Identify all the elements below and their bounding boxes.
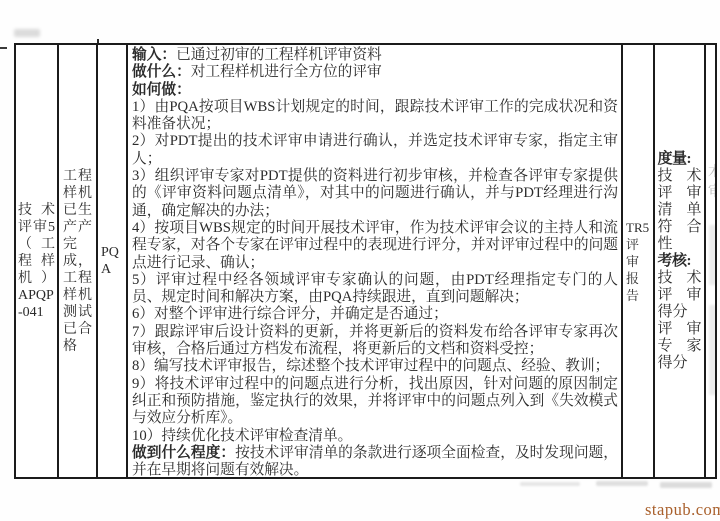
measure-text: 技术评审清单符合性 xyxy=(658,168,702,253)
step-item: 10）持续优化技术评审检查清单。 xyxy=(132,428,618,445)
input-text: 已通过初审的工程样机评审资料 xyxy=(176,47,382,63)
ghost-smudge xyxy=(14,29,40,37)
edge-fragment-char: 术 xyxy=(708,163,715,183)
assess-items: 技术评审得分评审专家得分 xyxy=(658,270,702,372)
measure-label: 度量: xyxy=(658,151,702,168)
step-item: 4）按项目WBS规定的时间开展技术评审，作为技术评审会议的主持人和流程专家，对各… xyxy=(132,220,618,272)
cell-metrics: 度量: 技术评审清单符合性 考核: 技术评审得分评审专家得分 xyxy=(655,45,706,477)
review-id-text: 技术评审5（工程样机）APQP-041 xyxy=(18,202,55,321)
step-item: 2）对PDT提出的技术评审申请进行确认，并选定技术评审专家，指定主审人； xyxy=(132,133,618,168)
cell-entry-criteria: 工程样机已生产产完成，工程样机测试已合格 xyxy=(59,45,98,477)
step-item: 3）组织评审专家对PDT提供的资料进行初步审核，并检查各评审专家提供的《评审资料… xyxy=(132,168,618,220)
metrics-text: 度量: 技术评审清单符合性 考核: 技术评审得分评审专家得分 xyxy=(658,151,702,372)
assess-label: 考核: xyxy=(658,253,702,270)
cell-review-id: 技术评审5（工程样机）APQP-041 xyxy=(16,45,59,477)
step-item: 1）由PQA按项目WBS计划规定的时间，跟踪技术评审工作的完成状况和资料准备状况… xyxy=(132,99,618,134)
ghost-smudge xyxy=(660,482,712,488)
step-item: 7）跟踪评审后设计资料的更新，并将更新后的资料发布给各评审专家再次审核，合格后通… xyxy=(132,324,618,359)
cell-owner: PQA xyxy=(98,45,128,477)
assess-item: 技术评审得分 xyxy=(658,270,702,321)
site-watermark: stapub.com xyxy=(645,500,720,520)
edge-fragment-list: 术审 xyxy=(706,45,715,203)
what-line: 做什么：对工程样机进行全方位的评审 xyxy=(132,64,618,81)
steps-list: 1）由PQA按项目WBS计划规定的时间，跟踪技术评审工作的完成状况和资料准备状况… xyxy=(132,99,618,445)
step-item: 9）将技术评审过程中的问题点进行分析，找出原因，针对问题的原因制定纠正和预防措施… xyxy=(132,376,618,428)
input-line: 输入：已通过初审的工程样机评审资料 xyxy=(132,47,618,64)
owner-text: PQA xyxy=(101,244,123,278)
how-label: 如何做： xyxy=(132,82,191,98)
deliverable-text: TR5评审报告 xyxy=(626,219,650,304)
page-edge-line xyxy=(0,47,7,49)
ghost-smudge xyxy=(596,481,648,486)
step-item: 5）评审过程中经各领域评审专家确认的问题，由PDT经理指定专门的人员、规定时间和… xyxy=(132,272,618,307)
degree-line: 做到什么程度：按技术评审清单的条款进行逐项全面检查，及时发现问题，并在早期将问题… xyxy=(132,445,618,477)
ghost-smudge xyxy=(709,225,715,285)
step-item: 6）对整个评审进行综合评分，并确定是否通过； xyxy=(132,306,618,323)
step-item: 8）编写技术评审报告，综述整个技术评审过程中的问题点、经验、教训； xyxy=(132,358,618,375)
assess-item: 评审专家得分 xyxy=(658,321,702,372)
what-text: 对工程样机进行全方位的评审 xyxy=(191,64,382,80)
degree-label: 做到什么程度： xyxy=(132,445,235,461)
ghost-smudge xyxy=(520,482,580,486)
entry-criteria-text: 工程样机已生产产完成，工程样机测试已合格 xyxy=(63,168,92,355)
edge-fragment-char: 审 xyxy=(708,183,715,203)
cell-cropped-edge: 术审 xyxy=(706,45,715,477)
input-label: 输入： xyxy=(132,47,176,63)
document-page: 技术评审5（工程样机）APQP-041 工程样机已生产产完成，工程样机测试已合格… xyxy=(0,0,720,521)
cell-activity-description: 输入：已通过初审的工程样机评审资料 做什么：对工程样机进行全方位的评审 如何做：… xyxy=(128,45,623,477)
process-table-row: 技术评审5（工程样机）APQP-041 工程样机已生产产完成，工程样机测试已合格… xyxy=(14,43,717,479)
cell-deliverable: TR5评审报告 xyxy=(623,45,655,477)
what-label: 做什么： xyxy=(132,64,191,80)
ghost-smudge xyxy=(709,305,715,395)
how-line: 如何做： xyxy=(132,82,618,99)
